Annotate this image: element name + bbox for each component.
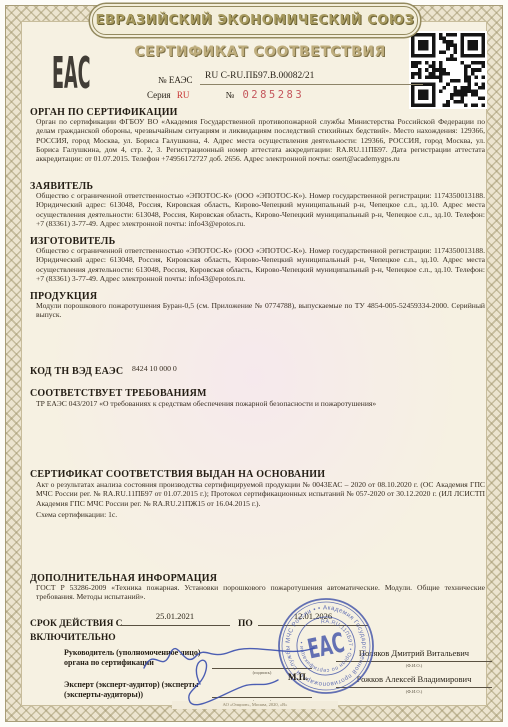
serial-number-label: № bbox=[226, 90, 235, 100]
series-row: Серия RU № 0285283 bbox=[147, 89, 304, 101]
certificate-title: СЕРТИФИКАТ СООТВЕТСТВИЯ bbox=[134, 44, 386, 60]
union-banner: ЕВРАЗИЙСКИЙ ЭКОНОМИЧЕСКИЙ СОЮЗ bbox=[92, 6, 418, 35]
certificate-page: ЕВРАЗИЙСКИЙ ЭКОНОМИЧЕСКИЙ СОЮЗ ЕАС СЕРТИ… bbox=[0, 0, 508, 727]
section-body-additional-info: ГОСТ Р 53286-2009 «Техника пожарная. Уст… bbox=[36, 583, 485, 602]
expert-signature-ink bbox=[189, 660, 278, 705]
section-body-manufacturer: Общество с ограниченной ответственностью… bbox=[36, 246, 485, 283]
tnved-code-value: 8424 10 000 0 bbox=[132, 364, 177, 373]
qr-code bbox=[409, 31, 487, 109]
section-body-product: Модули порошкового пожаротушения Буран-0… bbox=[36, 301, 485, 320]
certification-scheme: Схема сертификации: 1с. bbox=[36, 510, 117, 519]
validity-from-label: СРОК ДЕЙСТВИЯ С bbox=[30, 619, 123, 629]
section-body-requirements: ТР ЕАЭС 043/2017 «О требованиях к средст… bbox=[36, 399, 485, 408]
eac-mark-icon: ЕАС bbox=[52, 50, 102, 98]
section-heading-tnved-code: КОД ТН ВЭД ЕАЭС bbox=[30, 366, 123, 377]
section-heading-issued-on: СЕРТИФИКАТ СООТВЕТСТВИЯ ВЫДАН НА ОСНОВАН… bbox=[30, 469, 325, 480]
section-heading-requirements: СООТВЕТСТВУЕТ ТРЕБОВАНИЯМ bbox=[30, 388, 207, 399]
certificate-number-label: № ЕАЭС bbox=[158, 75, 193, 85]
validity-from-date: 25.01.2021 bbox=[120, 611, 230, 626]
validity-inclusive-label: ВКЛЮЧИТЕЛЬНО bbox=[30, 633, 116, 643]
certificate-number-value: RU C-RU.ПБ97.В.00082/21 bbox=[200, 71, 423, 85]
serial-number: 0285283 bbox=[242, 89, 304, 101]
section-body-certification-body: Орган по сертификации ФГБОУ ВО «Академия… bbox=[36, 117, 485, 163]
section-body-issued-on: Акт о результатах анализа состояния прои… bbox=[36, 480, 485, 508]
handwritten-signatures bbox=[138, 628, 328, 714]
section-body-applicant: Общество с ограниченной ответственностью… bbox=[36, 191, 485, 228]
series-label: Серия bbox=[147, 90, 171, 100]
union-banner-text: ЕВРАЗИЙСКИЙ ЭКОНОМИЧЕСКИЙ СОЮЗ bbox=[96, 13, 415, 28]
stamp-place-label: М.П. bbox=[288, 672, 308, 682]
series-value: RU bbox=[177, 90, 190, 100]
head-signature-ink bbox=[144, 648, 314, 668]
